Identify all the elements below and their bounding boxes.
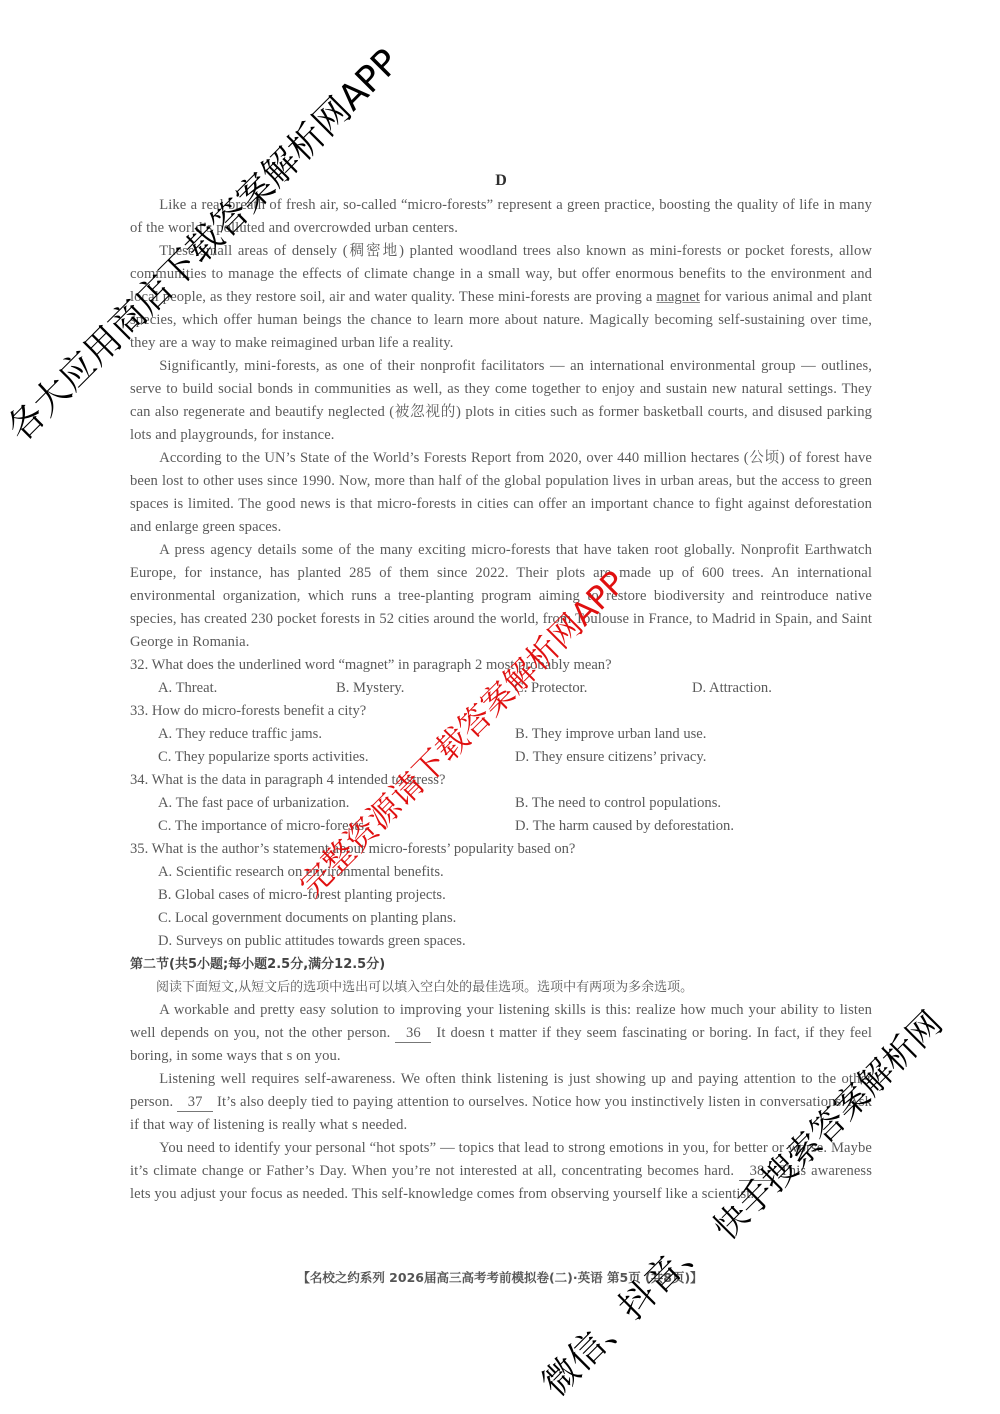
option-c: C. They popularize sports activities. [158, 746, 515, 769]
option-a: A. Scientific research on environmental … [158, 861, 872, 884]
question-34-options: A. The fast pace of urbanization. B. The… [130, 792, 872, 838]
option-d: D. They ensure citizens’ privacy. [515, 746, 872, 769]
option-d: D. The harm caused by deforestation. [515, 815, 872, 838]
section-letter: D [130, 168, 872, 194]
section-2-heading: 第二节(共5小题;每小题2.5分,满分12.5分) [130, 953, 872, 976]
page-footer: 【名校之约系列 2026届高三高考考前模拟卷(二)·英语 第5页 (共8页)】 [0, 1268, 1000, 1286]
option-b: B. The need to control populations. [515, 792, 872, 815]
text: It’s also deeply tied to paying attentio… [130, 1094, 872, 1133]
blank-36: 36 [395, 1024, 431, 1043]
option-c: C. Protector. [514, 677, 692, 700]
question-32: 32. What does the underlined word “magne… [130, 654, 872, 677]
option-b: B. Mystery. [336, 677, 514, 700]
question-35: 35. What is the author’s statement about… [130, 838, 872, 861]
option-a: A. They reduce traffic jams. [158, 723, 515, 746]
question-33-options: A. They reduce traffic jams. B. They imp… [130, 723, 872, 769]
passage-paragraph-3: Significantly, mini-forests, as one of t… [130, 355, 872, 447]
passage-paragraph-4: According to the UN’s State of the World… [130, 447, 872, 539]
passage-paragraph-1: Like a real breath of fresh air, so-call… [130, 194, 872, 240]
passage-paragraph-2: These small areas of densely (稠密地) plant… [130, 240, 872, 355]
option-c: C. The importance of micro-forests. [158, 815, 515, 838]
blank-37: 37 [177, 1093, 213, 1112]
option-a: A. Threat. [158, 677, 336, 700]
question-35-options: A. Scientific research on environmental … [130, 861, 872, 953]
underlined-word: magnet [656, 289, 700, 305]
cloze-paragraph-2: Listening well requires self-awareness. … [130, 1068, 872, 1137]
option-d: D. Attraction. [692, 677, 870, 700]
question-33: 33. How do micro-forests benefit a city? [130, 700, 872, 723]
question-34: 34. What is the data in paragraph 4 inte… [130, 769, 872, 792]
section-2-instruction: 阅读下面短文,从短文后的选项中选出可以填入空白处的最佳选项。选项中有两项为多余选… [130, 976, 872, 999]
exam-page: D Like a real breath of fresh air, so-ca… [130, 168, 872, 1206]
option-d: D. Surveys on public attitudes towards g… [158, 930, 872, 953]
option-b: B. They improve urban land use. [515, 723, 872, 746]
watermark-bottom: 微信、抖音、 [529, 1217, 718, 1406]
blank-38: 38 [739, 1162, 775, 1181]
option-c: C. Local government documents on plantin… [158, 907, 872, 930]
passage-paragraph-5: A press agency details some of the many … [130, 539, 872, 654]
cloze-paragraph-3: You need to identify your personal “hot … [130, 1137, 872, 1206]
question-32-options: A. Threat. B. Mystery. C. Protector. D. … [130, 677, 872, 700]
option-a: A. The fast pace of urbanization. [158, 792, 515, 815]
option-b: B. Global cases of micro-forest planting… [158, 884, 872, 907]
cloze-paragraph-1: A workable and pretty easy solution to i… [130, 999, 872, 1068]
